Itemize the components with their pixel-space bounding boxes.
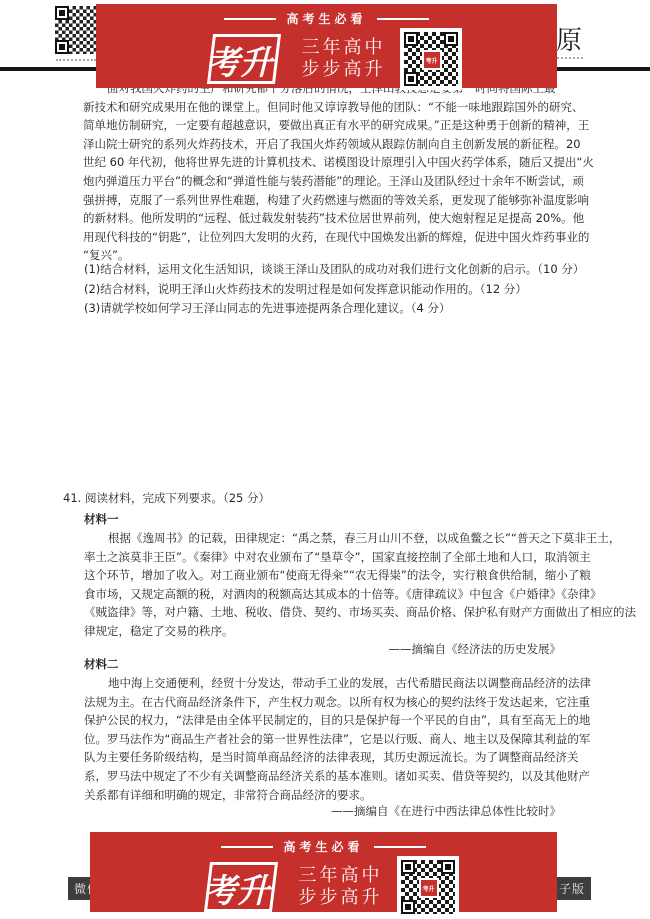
material-line: 保护公民的权力，“法律是由全体平民制定的，目的只是保护每一个平民的自由”，具有至…	[84, 711, 591, 730]
qr-center-badge: 考升	[419, 878, 439, 898]
passage-line: 简单地仿制研究，一定要有超越意识，要做出真正有水平的研究成果。”正是这种勇于创新…	[83, 116, 594, 135]
tagline-rule-right	[377, 18, 429, 20]
banner-tagline: 高考生必看	[286, 10, 366, 27]
banner-tagline: 高考生必看	[283, 838, 363, 855]
header-dashed-mark	[56, 59, 96, 61]
scanned-exam-page: 原 面对我国火炸药的生产和研究都十分落后的情况，王泽山教授总是要第一时间将国际上…	[0, 0, 650, 919]
banner-qr-code-icon: 考升	[397, 856, 459, 918]
material-line: 根据《逸周书》的记载，田律规定：“禹之禁，春三月山川不登，以成鱼鳖之长”“普天之…	[84, 529, 636, 548]
page-top-qr-code-icon	[55, 6, 101, 54]
qr-finder-icon	[404, 32, 418, 46]
material-line: 率土之滨莫非王臣”。《秦律》中对农业颁布了“垦草令”，国家直接控制了全部土地和人…	[84, 548, 636, 567]
qr-finder-icon	[401, 900, 415, 914]
q41-heading: 41. 阅读材料，完成下列要求。（25 分）	[63, 489, 270, 508]
passage-line: 新技术和研究成果用在他的课堂上。但同时他又谆谆教导他的团队：“不能一味地跟踪国外…	[83, 98, 594, 117]
header-title-fragment: 原	[556, 20, 582, 57]
qr-finder-icon	[441, 860, 455, 874]
material2-text: 地中海上交通便利，经贸十分发达，带动手工业的发展，古代希腊民商法以调整商品经济的…	[84, 674, 591, 804]
banner-tagline-row: 高考生必看	[96, 4, 557, 27]
header-dashed-mark	[557, 57, 583, 59]
passage-line: 世纪 60 年代初，他将世界先进的计算机技术、诺模图设计原理引入中国火药学体系，…	[83, 153, 594, 172]
question-item: (3)请就学校如何学习王泽山同志的先进事迹提两条合理化建议。（4 分）	[84, 299, 584, 319]
footer-right-fragment: 子版	[559, 880, 585, 897]
material-line: 系，罗马法中规定了不少有关调整商品经济关系的基本准则。诸如买卖、借贷等契约，以及…	[84, 767, 591, 786]
question-item: (2)结合材料，说明王泽山火炸药技术的发明过程是如何发挥意识能动作用的。（12 …	[84, 280, 584, 300]
slogan-line-2: 步步高升	[302, 59, 386, 81]
passage-line: 的新材料。他所发明的“远程、低过载发射装药”技术位居世界前列，使大炮射程足足提高…	[83, 209, 594, 228]
passage-line: 泽山院士研究的系列火炸药技术，开启了我国火炸药领域从跟踪仿制向自主创新发展的新征…	[83, 135, 594, 154]
material2-label: 材料二	[84, 655, 119, 674]
kaosheng-logo: 考升	[189, 859, 285, 915]
banner-tagline-row: 高考生必看	[90, 832, 557, 855]
material-line: 位。罗马法作为“商品生产者社会的第一世界性法律”，它是以行贩、商人、地主以及保障…	[84, 730, 591, 749]
qr-finder-icon	[401, 860, 415, 874]
material1-label: 材料一	[84, 510, 119, 529]
q40-questions: (1)结合材料，运用文化生活知识，谈谈王泽山及团队的成功对我们进行文化创新的启示…	[84, 260, 584, 319]
promo-banner-bottom: 高考生必看 考升 三年高中 步步高升 考升	[90, 832, 557, 912]
material-line: 《贼盗律》等，对户籍、土地、税收、借贷、契约、市场买卖、商品价格、保护私有财产方…	[84, 603, 636, 622]
material-line: 律规定，稳定了交易的秩序。	[84, 622, 636, 641]
logo-text: 考升	[192, 37, 288, 84]
qr-finder-icon	[55, 40, 69, 54]
passage-line: 用现代科技的“钥匙”，让位列四大发明的火药，在现代中国焕发出新的辉煌，促进中国火…	[83, 228, 594, 247]
banner-main-row: 考升 三年高中 步步高升 考升	[90, 856, 557, 918]
qr-finder-icon	[444, 32, 458, 46]
question-item: (1)结合材料，运用文化生活知识，谈谈王泽山及团队的成功对我们进行文化创新的启示…	[84, 260, 584, 280]
kaosheng-logo: 考升	[192, 31, 288, 87]
passage-line: 强拼搏，克服了一系列世界性难题，构建了火药燃速与燃面的等效关系，更发现了能够弥补…	[83, 191, 594, 210]
banner-slogan: 三年高中 步步高升	[302, 37, 386, 81]
banner-qr-code-icon: 考升	[400, 28, 462, 90]
material2-source: ——摘编自《在进行中西法律总体性比较时》	[83, 802, 561, 821]
material-line: 地中海上交通便利，经贸十分发达，带动手工业的发展，古代希腊民商法以调整商品经济的…	[84, 674, 591, 693]
passage-line: 炮内弹道压力平台”的概念和“弹道性能与装药潜能”的理论。王泽山及团队经过十余年不…	[83, 172, 594, 191]
banner-main-row: 考升 三年高中 步步高升 考升	[96, 28, 557, 90]
logo-text: 考升	[189, 865, 285, 912]
qr-finder-icon	[55, 6, 69, 20]
tagline-rule-left	[224, 18, 276, 20]
tagline-rule-right	[374, 846, 426, 848]
material1-text: 根据《逸周书》的记载，田律规定：“禹之禁，春三月山川不登，以成鱼鳖之长”“普天之…	[84, 529, 636, 641]
slogan-line-2: 步步高升	[299, 887, 383, 909]
qr-finder-icon	[404, 72, 418, 86]
tagline-rule-left	[221, 846, 273, 848]
material-line: 这个环节，增加了收入。对工商业颁布“使商无得籴”“农无得粜”的法令，实行粮食供给…	[84, 566, 636, 585]
material-line: 法规为主。在古代商品经济条件下，产生权力观念。以所有权为核心的契约法终于发达起来…	[84, 693, 591, 712]
material-line: 队为主要任务阶级结构，是当时简单商品经济的法律表现，其历史源远流长。为了调整商品…	[84, 748, 591, 767]
material-line: 食市场，又规定高额的税，对酒肉的税额高达其成本的十倍等。《唐律疏议》中包含《户婚…	[84, 585, 636, 604]
banner-slogan: 三年高中 步步高升	[299, 865, 383, 909]
promo-banner-top: 高考生必看 考升 三年高中 步步高升 考升	[96, 4, 557, 88]
slogan-line-1: 三年高中	[302, 37, 386, 59]
material1-source: ——摘编自《经济法的历史发展》	[83, 640, 561, 659]
qr-center-badge: 考升	[422, 50, 442, 70]
q40-passage: 面对我国火炸药的生产和研究都十分落后的情况，王泽山教授总是要第一时间将国际上最 …	[83, 79, 594, 265]
slogan-line-1: 三年高中	[299, 865, 383, 887]
